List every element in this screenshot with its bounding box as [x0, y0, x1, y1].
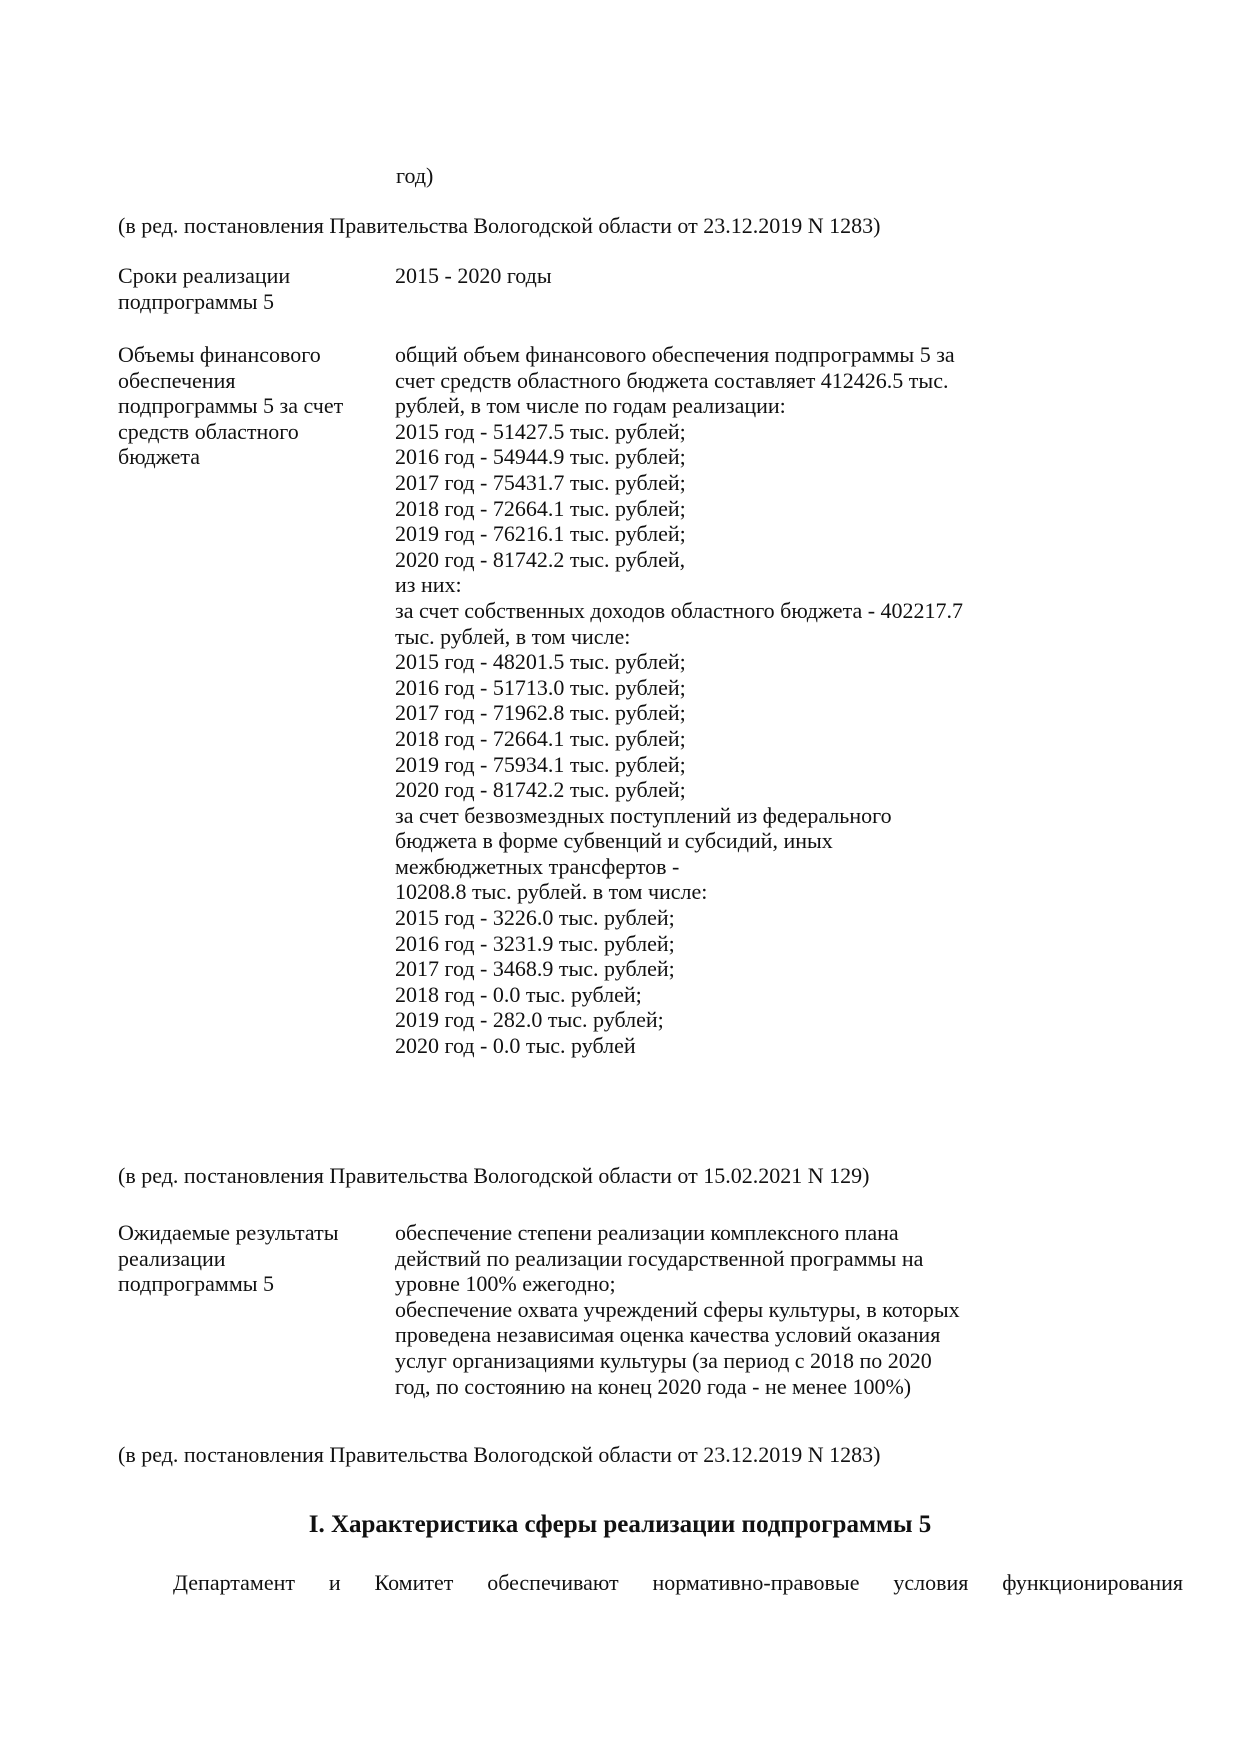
- value-line: 2017 год - 71962.8 тыс. рублей;: [395, 700, 1118, 726]
- value-line: 2015 год - 51427.5 тыс. рублей;: [395, 419, 1118, 445]
- value-line: за счет безвозмездных поступлений из фед…: [395, 803, 1118, 829]
- value-line: бюджета в форме субвенций и субсидий, ин…: [395, 828, 1118, 854]
- value-line: уровне 100% ежегодно;: [395, 1271, 1118, 1297]
- value-line: межбюджетных трансфертов -: [395, 854, 1118, 880]
- document-page: год) (в ред. постановления Правительства…: [0, 0, 1240, 1754]
- value-line: 2016 год - 51713.0 тыс. рублей;: [395, 675, 1118, 701]
- value-line: из них:: [395, 572, 1118, 598]
- row-value: общий объем финансового обеспечения подп…: [395, 342, 1118, 1059]
- value-line: действий по реализации государственной п…: [395, 1246, 1118, 1272]
- value-line: счет средств областного бюджета составля…: [395, 368, 1118, 394]
- value-line: 2020 год - 81742.2 тыс. рублей,: [395, 547, 1118, 573]
- amendment-note: (в ред. постановления Правительства Воло…: [118, 1163, 869, 1189]
- value-line: обеспечение охвата учреждений сферы куль…: [395, 1297, 1118, 1323]
- continued-text: год): [396, 163, 433, 189]
- value-line: 2019 год - 76216.1 тыс. рублей;: [395, 521, 1118, 547]
- passport-row-terms: Сроки реализации подпрограммы 5 2015 - 2…: [118, 263, 1118, 314]
- value-line: 10208.8 тыс. рублей. в том числе:: [395, 879, 1118, 905]
- value-line: услуг организациями культуры (за период …: [395, 1348, 1118, 1374]
- value-line: 2018 год - 72664.1 тыс. рублей;: [395, 496, 1118, 522]
- value-line: 2015 год - 48201.5 тыс. рублей;: [395, 649, 1118, 675]
- value-line: тыс. рублей, в том числе:: [395, 624, 1118, 650]
- body-paragraph: Департамент и Комитет обеспечивают норма…: [173, 1570, 1183, 1596]
- value-line: общий объем финансового обеспечения подп…: [395, 342, 1118, 368]
- value-line: 2020 год - 81742.2 тыс. рублей;: [395, 777, 1118, 803]
- value-line: год, по состоянию на конец 2020 года - н…: [395, 1374, 1118, 1400]
- value-line: 2017 год - 75431.7 тыс. рублей;: [395, 470, 1118, 496]
- value-line: 2018 год - 0.0 тыс. рублей;: [395, 982, 1118, 1008]
- value-line: рублей, в том числе по годам реализации:: [395, 393, 1118, 419]
- value-line: 2015 - 2020 годы: [395, 263, 1118, 289]
- value-line: проведена независимая оценка качества ус…: [395, 1322, 1118, 1348]
- value-line: 2017 год - 3468.9 тыс. рублей;: [395, 956, 1118, 982]
- value-line: 2015 год - 3226.0 тыс. рублей;: [395, 905, 1118, 931]
- section-heading: I. Характеристика сферы реализации подпр…: [0, 1512, 1240, 1538]
- passport-row-expected-results: Ожидаемые результаты реализации подпрогр…: [118, 1220, 1118, 1399]
- passport-row-financing: Объемы финансового обеспечения подпрогра…: [118, 342, 1118, 1059]
- row-label: Объемы финансового обеспечения подпрогра…: [118, 342, 395, 1059]
- value-line: 2016 год - 3231.9 тыс. рублей;: [395, 931, 1118, 957]
- row-label: Сроки реализации подпрограммы 5: [118, 263, 395, 314]
- amendment-note: (в ред. постановления Правительства Воло…: [118, 213, 880, 239]
- value-line: обеспечение степени реализации комплексн…: [395, 1220, 1118, 1246]
- value-line: 2016 год - 54944.9 тыс. рублей;: [395, 444, 1118, 470]
- amendment-note: (в ред. постановления Правительства Воло…: [118, 1442, 880, 1468]
- row-label: Ожидаемые результаты реализации подпрогр…: [118, 1220, 395, 1399]
- row-value: обеспечение степени реализации комплексн…: [395, 1220, 1118, 1399]
- value-line: 2019 год - 282.0 тыс. рублей;: [395, 1007, 1118, 1033]
- value-line: за счет собственных доходов областного б…: [395, 598, 1118, 624]
- value-line: 2018 год - 72664.1 тыс. рублей;: [395, 726, 1118, 752]
- row-value: 2015 - 2020 годы: [395, 263, 1118, 314]
- value-line: 2019 год - 75934.1 тыс. рублей;: [395, 752, 1118, 778]
- value-line: 2020 год - 0.0 тыс. рублей: [395, 1033, 1118, 1059]
